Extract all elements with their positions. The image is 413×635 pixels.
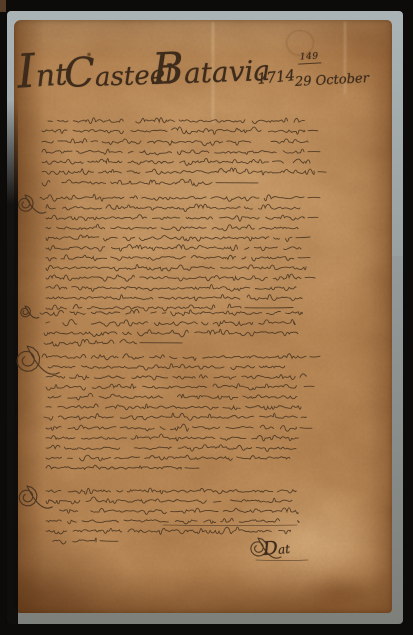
manuscript-paper — [14, 20, 392, 613]
manuscript-scan: 149 Int Casteel Batavia 1714 29 October … — [0, 0, 413, 635]
scan-corner-speck — [0, 0, 6, 12]
binding-gutter-shadow — [5, 100, 18, 624]
